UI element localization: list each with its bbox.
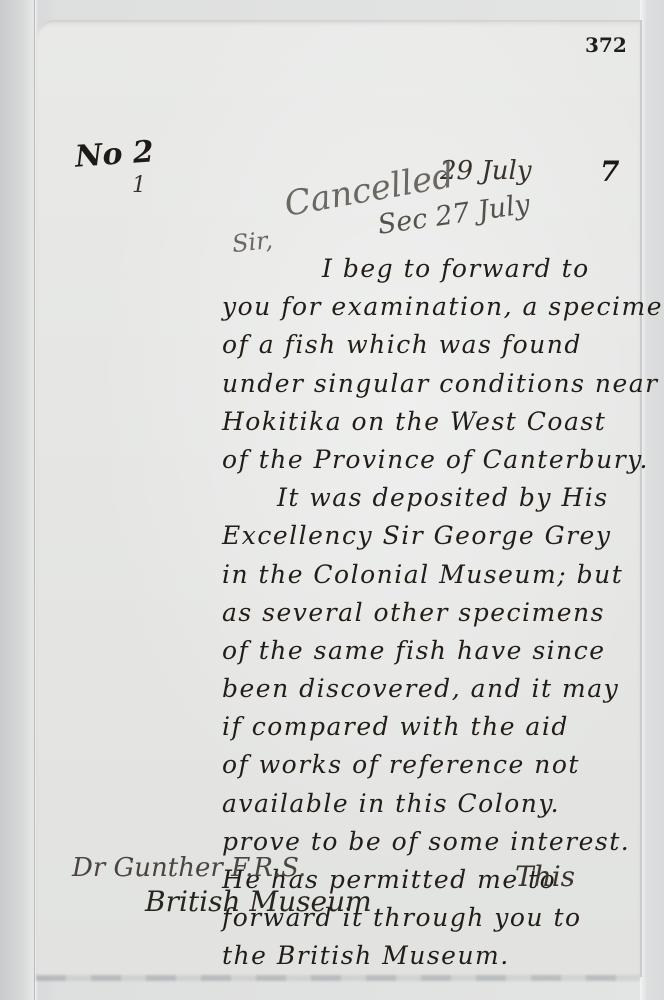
body-line: Hokitika on the West Coast — [222, 403, 640, 441]
reference-number: No 2 — [74, 137, 155, 172]
body-line: of the same fish have since — [222, 632, 640, 670]
body-line: available in this Colony. — [222, 785, 640, 823]
reference-sub-number: 1 — [132, 175, 146, 197]
addressee-institution: British Museum — [145, 888, 372, 916]
folio-number: 372 — [585, 33, 627, 57]
body-line: I beg to forward to — [222, 250, 640, 288]
body-line: you for examination, a specimen — [222, 288, 640, 326]
body-line: been discovered, and it may — [222, 670, 640, 708]
underlying-page-edge — [0, 0, 35, 1000]
body-line: Excellency Sir George Grey — [222, 517, 640, 555]
right-page-margin — [640, 0, 664, 1000]
letter-date-year: 7 — [600, 158, 619, 186]
body-line: if compared with the aid — [222, 708, 640, 746]
body-line: in the Colonial Museum; but — [222, 556, 640, 594]
body-line: of the Province of Canterbury. — [222, 441, 640, 479]
body-line: under singular conditions near — [222, 365, 640, 403]
addressee-name: Dr Gunther F.R.S. — [72, 855, 306, 881]
body-line: of works of reference not — [222, 746, 640, 784]
body-line: as several other specimens — [222, 594, 640, 632]
body-line: the British Museum. — [222, 937, 640, 975]
document-scan: 372 No 2 1 29 July 7 Cancelled Sec 27 Ju… — [0, 0, 664, 1000]
catchword: This — [515, 863, 575, 891]
body-line: of a fish which was found — [222, 326, 640, 364]
body-line: It was deposited by His — [222, 479, 640, 517]
